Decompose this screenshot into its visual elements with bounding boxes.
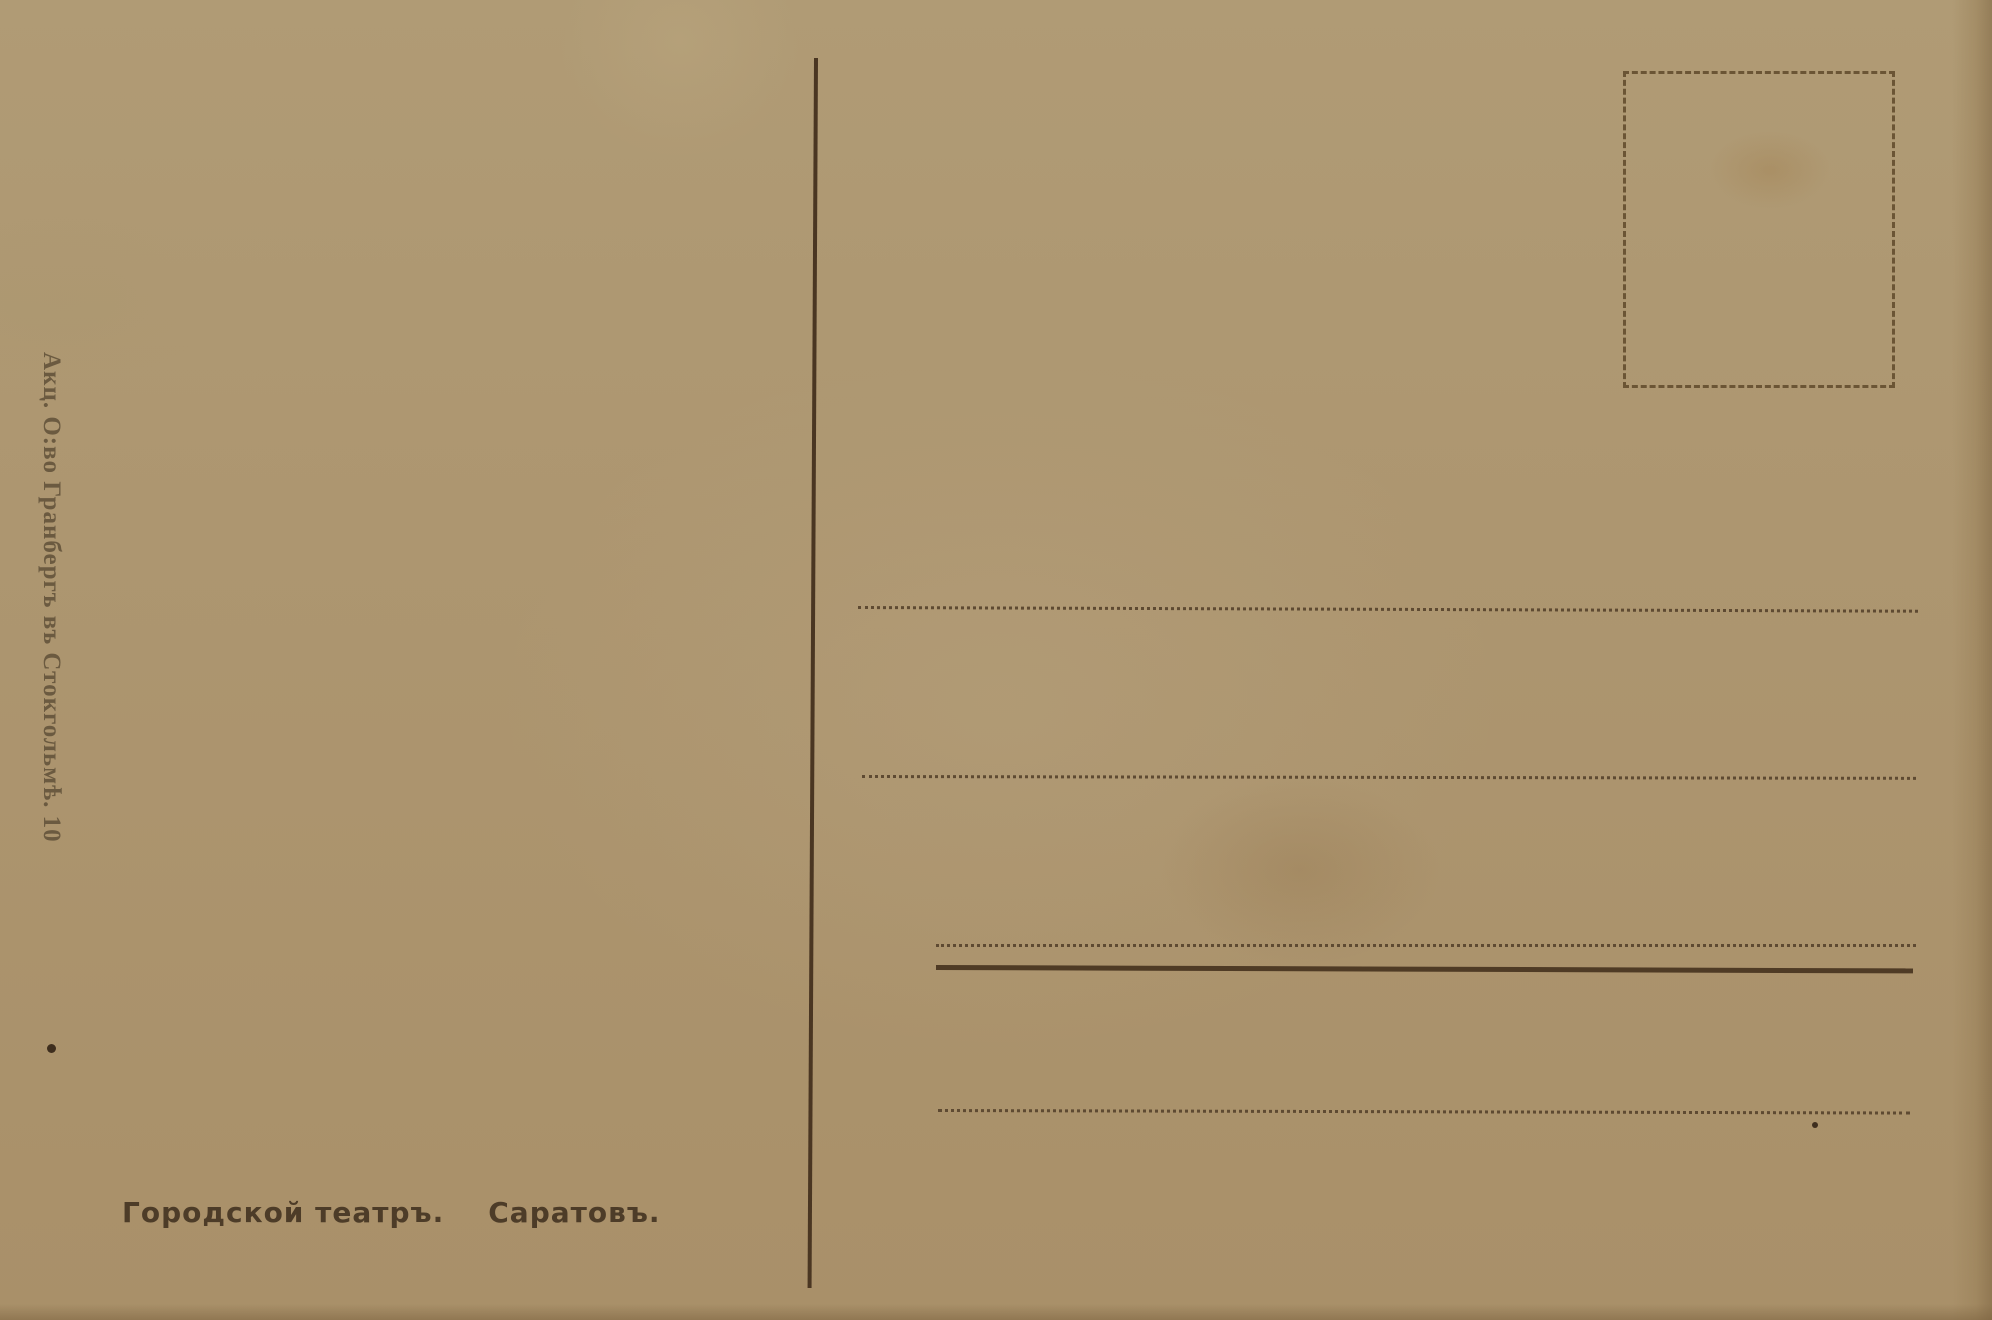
postcard-back: Акц. О:во Гранбергъ въ Стокгольмѣ. 10 Го…	[0, 0, 1992, 1320]
address-line-2	[862, 775, 1916, 780]
caption-title: Городской театръ.	[122, 1196, 444, 1229]
address-underline-solid	[936, 965, 1913, 973]
ink-speck	[47, 1044, 56, 1053]
caption: Городской театръ.Саратовъ.	[122, 1196, 661, 1229]
ink-speck	[1812, 1122, 1818, 1128]
card-edge-right	[1952, 0, 1992, 1320]
address-line-3	[936, 944, 1916, 947]
address-line-4	[938, 1109, 1910, 1115]
vertical-divider	[808, 58, 818, 1288]
publisher-imprint: Акц. О:во Гранбергъ въ Стокгольмѣ. 10	[36, 352, 66, 972]
card-edge-bottom	[0, 1304, 1992, 1320]
caption-city: Саратовъ.	[488, 1196, 660, 1229]
stamp-box	[1623, 71, 1895, 388]
address-line-1	[858, 606, 1918, 613]
